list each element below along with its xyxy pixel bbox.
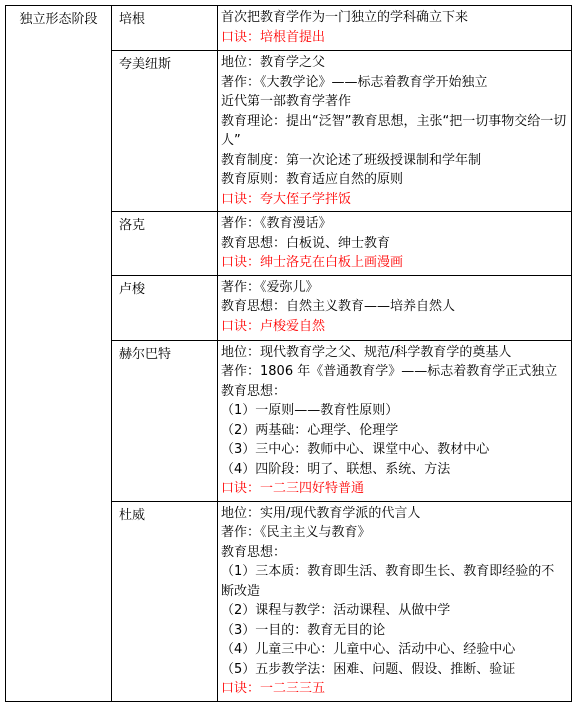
educator-details: 首次把教育学作为一门独立的学科确立下来口诀：培根首提出 — [218, 6, 572, 51]
detail-line: （2）两基础：心理学、伦理学 — [221, 421, 567, 441]
detail-line: 教育思想： — [221, 543, 567, 563]
detail-line: 地位：现代教育学之父、规范/科学教育学的奠基人 — [221, 343, 567, 363]
detail-line: 教育原则：教育适应自然的原则 — [221, 170, 567, 190]
detail-line: 教育思想： — [221, 382, 567, 402]
mnemonic-line: 口诀：绅士洛克在白板上画漫画 — [221, 253, 567, 273]
detail-line: 地位：实用/现代教育学派的代言人 — [221, 504, 567, 524]
educator-name: 杜威 — [112, 501, 218, 683]
detail-line: 教育制度：第一次论述了班级授课制和学年制 — [221, 151, 567, 171]
table-body: 独立形态阶段培根首次把教育学作为一门独立的学科确立下来口诀：培根首提出夸美纽斯地… — [6, 6, 572, 684]
detail-line: 近代第一部教育学著作 — [221, 92, 567, 112]
detail-line: 著作：《教育漫话》 — [221, 214, 567, 234]
detail-line: 教育思想：白板说、绅士教育 — [221, 234, 567, 254]
detail-line: （1）三本质：教育即生活、教育即生长、教育即经验的不断改造 — [221, 562, 567, 601]
detail-line: 著作：《民主主义与教育》 — [221, 523, 567, 543]
detail-line: （5）五步教学法：困难、问题、假设、推断、验证 — [221, 660, 567, 680]
educator-details: 著作：《爱弥儿》教育思想：自然主义教育——培养自然人口诀：卢梭爱自然 — [218, 275, 572, 340]
detail-line: （3）三中心：教师中心、课堂中心、教材中心 — [221, 440, 567, 460]
stage-cell: 独立形态阶段 — [6, 6, 112, 684]
mnemonic-line: 口诀：一二三四好特普通 — [221, 479, 567, 499]
educator-name: 洛克 — [112, 212, 218, 276]
mnemonic-line: 口诀：一二三三五 — [221, 679, 567, 683]
study-notes-table-wrap: 独立形态阶段培根首次把教育学作为一门独立的学科确立下来口诀：培根首提出夸美纽斯地… — [5, 5, 572, 683]
stage-label: 独立形态阶段 — [19, 12, 97, 27]
educator-name: 赫尔巴特 — [112, 340, 218, 501]
detail-line: 地位：教育学之父 — [221, 53, 567, 73]
detail-line: （2）课程与教学：活动课程、从做中学 — [221, 601, 567, 621]
educator-details: 地位：现代教育学之父、规范/科学教育学的奠基人著作：1806 年《普通教育学》—… — [218, 340, 572, 501]
educator-name: 卢梭 — [112, 275, 218, 340]
pedagogy-stage-table: 独立形态阶段培根首次把教育学作为一门独立的学科确立下来口诀：培根首提出夸美纽斯地… — [5, 5, 572, 683]
detail-line: （3）一目的：教育无目的论 — [221, 621, 567, 641]
educator-details: 地位：教育学之父著作：《大教学论》——标志着教育学开始独立近代第一部教育学著作教… — [218, 51, 572, 212]
mnemonic-line: 口诀：卢梭爱自然 — [221, 317, 567, 337]
detail-line: 著作：1806 年《普通教育学》——标志着教育学正式独立 — [221, 362, 567, 382]
educator-details: 地位：实用/现代教育学派的代言人著作：《民主主义与教育》教育思想：（1）三本质：… — [218, 501, 572, 683]
educator-name: 夸美纽斯 — [112, 51, 218, 212]
detail-line: 首次把教育学作为一门独立的学科确立下来 — [221, 8, 567, 28]
mnemonic-line: 口诀：夸大侄子学拌饭 — [221, 190, 567, 210]
mnemonic-line: 口诀：培根首提出 — [221, 28, 567, 48]
detail-line: 教育思想：自然主义教育——培养自然人 — [221, 297, 567, 317]
detail-line: （4）儿童三中心：儿童中心、活动中心、经验中心 — [221, 640, 567, 660]
detail-line: 著作：《大教学论》——标志着教育学开始独立 — [221, 73, 567, 93]
detail-line: 著作：《爱弥儿》 — [221, 278, 567, 298]
detail-line: （4）四阶段：明了、联想、系统、方法 — [221, 460, 567, 480]
detail-line: 教育理论：提出“泛智”教育思想，主张“把一切事物交给一切人” — [221, 112, 567, 151]
detail-line: （1）一原则——教育性原则） — [221, 401, 567, 421]
educator-name: 培根 — [112, 6, 218, 51]
educator-details: 著作：《教育漫话》教育思想：白板说、绅士教育口诀：绅士洛克在白板上画漫画 — [218, 212, 572, 276]
table-row: 独立形态阶段培根首次把教育学作为一门独立的学科确立下来口诀：培根首提出 — [6, 6, 572, 51]
